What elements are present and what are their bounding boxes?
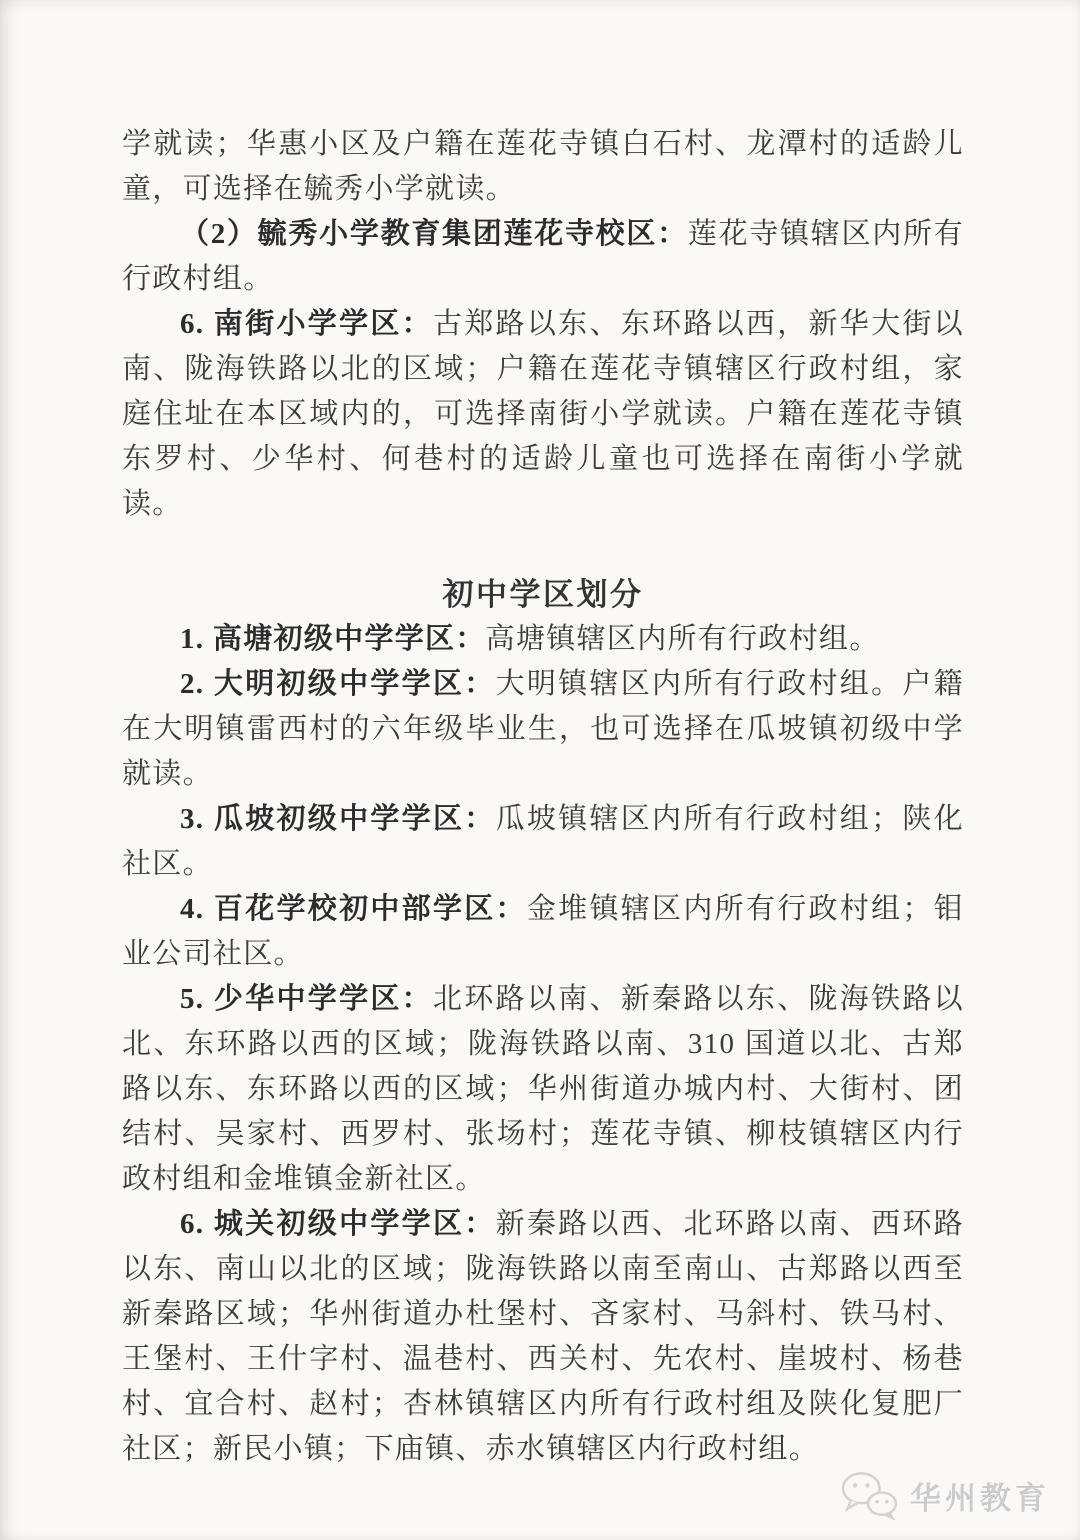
section-baihua-school-junior: 4. 百花学校初中部学区：金堆镇辖区内所有行政村组；钼业公司社区。 (122, 887, 964, 977)
scanned-document-page: 学就读；华惠小区及户籍在莲花寺镇白石村、龙潭村的适龄儿童，可选择在毓秀小学就读。… (0, 0, 1080, 1540)
paragraph-lead: （2）毓秀小学教育集团莲花寺校区： (180, 218, 688, 250)
wechat-icon (838, 1470, 900, 1520)
section-gaotang-middle-school: 1. 高塘初级中学学区：高塘镇辖区内所有行政村组。 (122, 617, 964, 662)
paragraph-continuation: 学就读；华惠小区及户籍在莲花寺镇白石村、龙潭村的适龄儿童，可选择在毓秀小学就读。 (122, 122, 964, 212)
section-chengguan-middle-school: 6. 城关初级中学学区：新秦路以西、北环路以南、西环路以东、南山以北的区域；陇海… (122, 1202, 964, 1472)
section-daming-middle-school: 2. 大明初级中学学区：大明镇辖区内所有行政村组。户籍在大明镇雷西村的六年级毕业… (122, 662, 964, 797)
middle-school-districts-heading: 初中学区划分 (122, 572, 964, 617)
watermark-label: 华州教育 (910, 1473, 1050, 1518)
section-guapo-middle-school: 3. 瓜坡初级中学学区：瓜坡镇辖区内所有行政村组；陕化社区。 (122, 797, 964, 887)
section-text: 高塘镇辖区内所有行政村组。 (486, 623, 880, 655)
section-lead: 6. 城关初级中学学区： (180, 1208, 496, 1240)
watermark: 华州教育 (838, 1470, 1050, 1520)
section-lead: 1. 高塘初级中学学区： (180, 623, 486, 655)
document-content: 学就读；华惠小区及户籍在莲花寺镇白石村、龙潭村的适龄儿童，可选择在毓秀小学就读。… (122, 122, 964, 1472)
section-text: 新秦路以西、北环路以南、西环路以东、南山以北的区域；陇海铁路以南至南山、古郑路以… (122, 1208, 964, 1465)
section-shaohua-middle-school: 5. 少华中学学区：北环路以南、新秦路以东、陇海铁路以北、东环路以西的区域；陇海… (122, 977, 964, 1202)
section-lead: 2. 大明初级中学学区： (180, 668, 496, 700)
section-lead: 5. 少华中学学区： (180, 983, 433, 1015)
paragraph-nanjie-primary-district: 6. 南街小学学区：古郑路以东、东环路以西，新华大街以南、陇海铁路以北的区域；户… (122, 302, 964, 527)
section-lead: 3. 瓜坡初级中学学区： (180, 803, 496, 835)
paragraph-yuxiu-lianhuasi-campus: （2）毓秀小学教育集团莲花寺校区：莲花寺镇辖区内所有行政村组。 (122, 212, 964, 302)
paragraph-lead: 6. 南街小学学区： (180, 308, 433, 340)
section-lead: 4. 百花学校初中部学区： (180, 893, 527, 925)
paragraph-text: 学就读；华惠小区及户籍在莲花寺镇白石村、龙潭村的适龄儿童，可选择在毓秀小学就读。 (122, 128, 964, 205)
